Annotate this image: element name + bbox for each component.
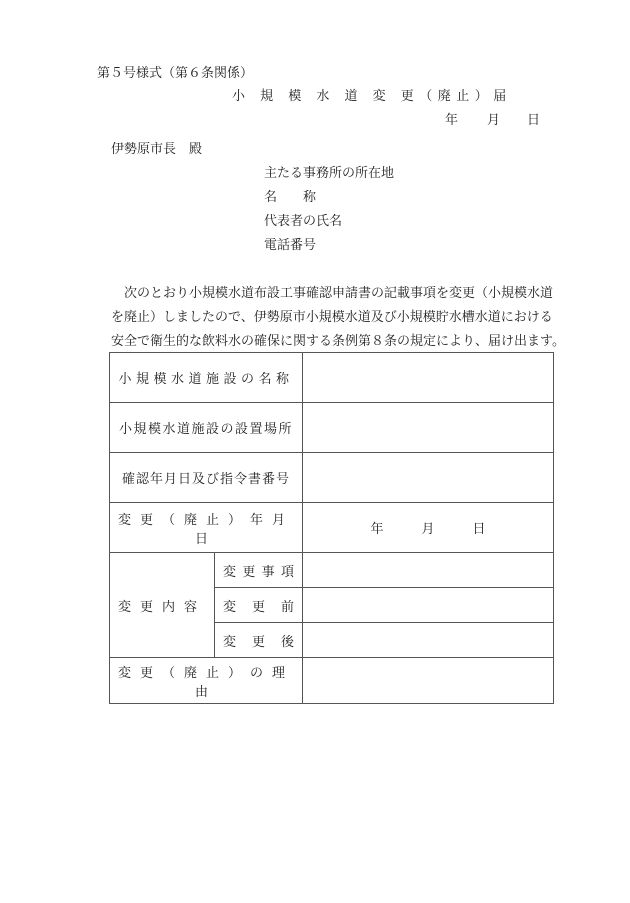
confirmation-date-number-field[interactable]	[303, 453, 554, 503]
char: 変	[223, 631, 236, 650]
table-row: 小規模水道施設の名称	[110, 353, 554, 403]
table-row: 変更（廃止）の理由	[110, 658, 554, 704]
change-item-label: 変 更 事 項	[215, 553, 303, 588]
before-change-label: 変 更 前	[215, 588, 303, 623]
char: 後	[281, 631, 294, 650]
char: 前	[281, 596, 294, 615]
change-date-label: 変更（廃止）年月日	[110, 503, 303, 553]
char: 変	[223, 561, 236, 580]
table-row: 変更（廃止）年月日 年 月 日	[110, 503, 554, 553]
body-line-2: を廃止）しましたので、伊勢原市小規模水道及び小規模貯水槽水道における	[111, 306, 581, 330]
change-date-day: 日	[473, 518, 486, 537]
body-paragraph: 次のとおり小規模水道布設工事確認申請書の記載事項を変更（小規模水道 を廃止）しま…	[111, 282, 581, 354]
table-row: 変更内容 変 更 事 項	[110, 553, 554, 588]
header-date-month: 月	[487, 114, 500, 127]
char: 変	[223, 596, 236, 615]
table-row: 確認年月日及び指令書番号	[110, 453, 554, 503]
change-date-month: 月	[422, 518, 435, 537]
applicant-representative-label: 代表者の氏名	[264, 215, 342, 228]
body-line-1: 次のとおり小規模水道布設工事確認申請書の記載事項を変更（小規模水道	[111, 282, 581, 306]
char: 更	[252, 596, 265, 615]
document-title: 小 規 模 水 道 変 更（廃止）届	[232, 90, 512, 103]
addressee: 伊勢原市長 殿	[111, 143, 202, 156]
facility-location-field[interactable]	[303, 403, 554, 453]
facility-name-field[interactable]	[303, 353, 554, 403]
form-table: 小規模水道施設の名称 小規模水道施設の設置場所 確認年月日及び指令書番号 変更（…	[109, 352, 554, 704]
change-item-field[interactable]	[303, 553, 554, 588]
reason-label: 変更（廃止）の理由	[110, 658, 303, 704]
header-date-day: 日	[527, 114, 540, 127]
header-date-year: 年	[445, 114, 458, 127]
body-line-3: 安全で衛生的な飲料水の確保に関する条例第８条の規定により、届け出ます。	[111, 330, 581, 354]
applicant-name-label: 名 称	[264, 191, 316, 204]
change-content-label: 変更内容	[110, 553, 215, 658]
facility-location-label: 小規模水道施設の設置場所	[110, 403, 303, 453]
table-row: 小規模水道施設の設置場所	[110, 403, 554, 453]
change-date-year: 年	[370, 518, 383, 537]
reason-field[interactable]	[303, 658, 554, 704]
char: 更	[252, 631, 265, 650]
before-change-field[interactable]	[303, 588, 554, 623]
after-change-label: 変 更 後	[215, 623, 303, 658]
char: 項	[281, 561, 294, 580]
facility-name-label: 小規模水道施設の名称	[110, 353, 303, 403]
after-change-field[interactable]	[303, 623, 554, 658]
char: 更	[242, 561, 255, 580]
char: 事	[262, 561, 275, 580]
confirmation-date-number-label: 確認年月日及び指令書番号	[110, 453, 303, 503]
change-date-field[interactable]: 年 月 日	[303, 503, 554, 553]
applicant-phone-label: 電話番号	[264, 239, 316, 252]
applicant-address-label: 主たる事務所の所在地	[264, 167, 394, 180]
form-number: 第５号様式（第６条関係）	[97, 67, 253, 80]
